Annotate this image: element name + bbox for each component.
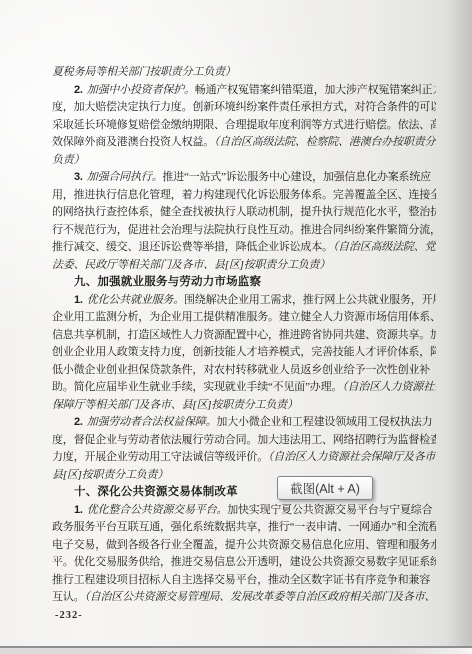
text-line: 力度，开展企业劳动用工守法诚信等级评价。（自治区人力资源社会保障厅及各市、	[52, 449, 436, 467]
text-line: 平。优化交易服务供给，推进交易信息公开透明，建设公共资源交易数字见证系统，	[52, 554, 436, 572]
text-segment-kai: 县[区]按职责分工负责）	[52, 469, 168, 481]
text-segment-song: 度，加大赔偿决定执行力度。创新环境纠纷案件责任承担方式，对符合条件的可以	[52, 101, 436, 113]
text-segment-num: 1.	[74, 294, 83, 306]
text-segment-song: 行不规范行为，促进社会治理与法院执行良性互动。推进合同纠纷案件繁简分流，	[52, 224, 436, 236]
text-segment-song: 的网络执行查控体系，健全查找被执行人联动机制，提升执行规范化水平，整治执	[52, 206, 436, 218]
text-segment-song: 加大小微企业和工程建设领域用工侵权执法力	[216, 416, 432, 428]
text-line: 低小微企业创业担保贷款条件，对农村转移就业人员返乡创业给予一次性创业补	[52, 362, 436, 380]
text-line: 保障厅等相关部门及各市、县[区]按职责分工负责）	[52, 397, 436, 415]
text-segment-song: 平。优化交易服务供给，推进交易信息公开透明，建设公共资源交易数字见证系统，	[52, 556, 436, 568]
text-segment-song: 围绕解决企业用工需求，推行网上公共就业服务，开展	[184, 294, 436, 306]
text-line: 2.加强劳动者合法权益保障。加大小微企业和工程建设领域用工侵权执法力	[52, 414, 436, 432]
text-line: 电子交易，做到各级各行业全覆盖，提升公共资源交易信息化应用、管理和服务水	[52, 537, 436, 555]
text-segment-song: 度，督促企业与劳动者依法履行劳动合同。加大违法用工、网络招聘行为监督检查	[52, 434, 436, 446]
text-line: 行不规范行为，促进社会治理与法院执行良性互动。推进合同纠纷案件繁简分流，	[52, 222, 436, 240]
document-text: 夏税务局等相关部门按职责分工负责）2.加强中小投资者保护。畅通产权冤错案纠错渠道…	[52, 64, 436, 607]
text-line: 度，加大赔偿决定执行力度。创新环境纠纷案件责任承担方式，对符合条件的可以	[52, 99, 436, 117]
text-segment-kai: 优化公共就业服务。	[87, 294, 184, 306]
page-bottom-strip	[0, 648, 472, 654]
text-segment-kai: （自治区公共资源交易管理局、发展改革委等自治区政府相关部门及各市、县	[84, 591, 436, 603]
text-line: 推行减交、缓交、退还诉讼费等举措，降低企业诉讼成本。（自治区高级法院、党委政	[52, 239, 436, 257]
screenshot-tooltip: 截图(Alt + A)	[277, 476, 373, 500]
text-segment-kai: 负责）	[52, 154, 84, 166]
text-line: 政务服务平台互联互通，强化系统数据共享，推行“一表申请、一网通办”和全流程	[52, 519, 436, 537]
text-segment-kai: （自治区高级法院、党委政	[333, 241, 436, 253]
text-segment-kai: 夏税务局等相关部门按职责分工负责）	[52, 66, 236, 78]
page-number: -232-	[55, 610, 83, 621]
document-page: 夏税务局等相关部门按职责分工负责）2.加强中小投资者保护。畅通产权冤错案纠错渠道…	[0, 0, 472, 654]
text-line: 创业企业用人政策支持力度，创新技能人才培养模式，完善技能人才评价体系，降	[52, 344, 436, 362]
text-segment-song: 企业用工监测分析，为企业用工提供精准服务。建立健全人力资源市场信用体系、	[52, 311, 436, 323]
text-line: 互认。（自治区公共资源交易管理局、发展改革委等自治区政府相关部门及各市、县	[52, 589, 436, 607]
text-segment-song: 用，推进执行信息化管理，着力构建现代化诉讼服务体系。完善覆盖全区、连接全国	[52, 189, 436, 201]
text-segment-kai: 保障厅等相关部门及各市、县[区]按职责分工负责）	[52, 399, 298, 411]
text-line: 九、加强就业服务与劳动力市场监察	[52, 274, 436, 292]
text-line: 企业用工监测分析，为企业用工提供精准服务。建立健全人力资源市场信用体系、	[52, 309, 436, 327]
text-segment-num: 2.	[74, 416, 83, 428]
text-segment-song: 政务服务平台互联互通，强化系统数据共享，推行“一表申请、一网通办”和全流程	[52, 521, 436, 533]
text-segment-song: 电子交易，做到各级各行业全覆盖，提升公共资源交易信息化应用、管理和服务水	[52, 539, 436, 551]
text-line: 法委、民政厅等相关部门及各市、县[区]按职责分工负责）	[52, 257, 436, 275]
text-segment-kai: 法委、民政厅等相关部门及各市、县[区]按职责分工负责）	[52, 259, 330, 271]
page-edge-shadow	[446, 0, 472, 654]
text-segment-num: 2.	[74, 84, 83, 96]
text-line: 负责）	[52, 152, 436, 170]
text-segment-song: 互认。	[52, 591, 84, 603]
text-segment-num: 3.	[74, 171, 83, 183]
text-segment-kai: 加强合同执行。	[87, 171, 163, 183]
text-line: 推行工程建设项目招标人自主选择交易平台，推动全区数字证书有序竞争和兼容	[52, 572, 436, 590]
text-line: 2.加强中小投资者保护。畅通产权冤错案纠错渠道，加大涉产权冤错案纠正力	[52, 82, 436, 100]
text-line: 用，推进执行信息化管理，着力构建现代化诉讼服务体系。完善覆盖全区、连接全国	[52, 187, 436, 205]
text-line: 3.加强合同执行。推进“一站式”诉讼服务中心建设，加强信息化办案系统应	[52, 169, 436, 187]
text-segment-song: 畅通产权冤错案纠错渠道，加大涉产权冤错案纠正力	[195, 84, 436, 96]
text-segment-song: 创业企业用人政策支持力度，创新技能人才培养模式，完善技能人才评价体系，降	[52, 346, 436, 358]
text-line: 1.优化公共就业服务。围绕解决企业用工需求，推行网上公共就业服务，开展	[52, 292, 436, 310]
text-segment-song: 信息共享机制，打造区域性人力资源配置中心，推进跨省协同共建、资源共享。加大	[52, 329, 436, 341]
text-line: 助。简化应届毕业生就业手续，实现就业手续“不见面”办理。（自治区人力资源社会	[52, 379, 436, 397]
text-segment-song: 加快实现宁夏公共资源交易平台与宁夏综合	[227, 504, 432, 516]
text-line: 1.优化整合公共资源交易平台。加快实现宁夏公共资源交易平台与宁夏综合	[52, 502, 436, 520]
text-segment-kai: （自治区人力资源社会保障厅及各市、	[268, 451, 436, 463]
text-line: 的网络执行查控体系，健全查找被执行人联动机制，提升执行规范化水平，整治执	[52, 204, 436, 222]
text-segment-song: 采取延长环境修复赔偿金缴纳期限、合理提取年度利润等方式进行赔偿。依法、高	[52, 119, 436, 131]
text-segment-kai: （自治区人力资源社会	[342, 381, 436, 393]
text-line: 县[区]按职责分工负责）	[52, 467, 436, 485]
text-segment-kai: 加强劳动者合法权益保障。	[87, 416, 217, 428]
text-segment-kai: 优化整合公共资源交易平台。	[87, 504, 227, 516]
text-segment-song: 推行减交、缓交、退还诉讼费等举措，降低企业诉讼成本。	[52, 241, 333, 253]
text-line: 信息共享机制，打造区域性人力资源配置中心，推进跨省协同共建、资源共享。加大	[52, 327, 436, 345]
text-segment-song: 效保障外商及港澳台投资人权益。	[52, 136, 214, 148]
text-segment-song: 力度，开展企业劳动用工守法诚信等级评价。	[52, 451, 268, 463]
text-line: 度，督促企业与劳动者依法履行劳动合同。加大违法用工、网络招聘行为监督检查	[52, 432, 436, 450]
text-segment-num: 1.	[74, 504, 83, 516]
text-line: 夏税务局等相关部门按职责分工负责）	[52, 64, 436, 82]
text-segment-song: 助。简化应届毕业生就业手续，实现就业手续“不见面”办理。	[52, 381, 342, 393]
text-line: 采取延长环境修复赔偿金缴纳期限、合理提取年度利润等方式进行赔偿。依法、高	[52, 117, 436, 135]
text-segment-hei: 十、深化公共资源交易体制改革	[74, 486, 238, 498]
text-line: 效保障外商及港澳台投资人权益。（自治区高级法院、检察院、港澳台办按职责分工	[52, 134, 436, 152]
text-segment-song: 推行工程建设项目招标人自主选择交易平台，推动全区数字证书有序竞争和兼容	[52, 574, 430, 586]
text-segment-song: 推进“一站式”诉讼服务中心建设，加强信息化办案系统应	[162, 171, 431, 183]
text-segment-song: 低小微企业创业担保贷款条件，对农村转移就业人员返乡创业给予一次性创业补	[52, 364, 430, 376]
screenshot-tooltip-label: 截图(Alt + A)	[290, 479, 360, 497]
text-segment-kai: 加强中小投资者保护。	[87, 84, 195, 96]
text-segment-hei: 九、加强就业服务与劳动力市场监察	[74, 276, 261, 288]
text-line: 十、深化公共资源交易体制改革	[52, 484, 436, 502]
text-segment-kai: （自治区高级法院、检察院、港澳台办按职责分工	[214, 136, 436, 148]
